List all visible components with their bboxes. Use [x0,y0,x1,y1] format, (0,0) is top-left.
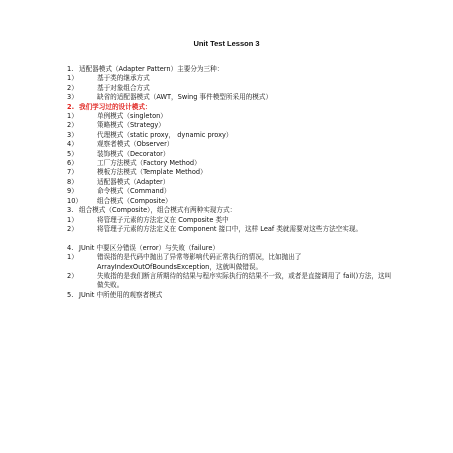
list-item: 1）错误指的是代码中抛出了异常等影响代码正常执行的情况，比如抛出了 ArrayI… [67,253,427,272]
section-number: 4. [67,244,79,253]
document-title: Unit Test Lesson 3 [0,39,453,48]
item-number: 5） [67,150,97,159]
section-text: 组合模式（Composite），组合模式有两种实现方式： [79,206,236,215]
section-text: 适配器模式（Adapter Pattern）主要分为三种： [79,65,223,74]
section-heading: 3.组合模式（Composite），组合模式有两种实现方式： [67,206,427,215]
item-number: 4） [67,140,97,149]
list-item: 3）代理模式（static proxy， dynamic proxy） [67,131,427,140]
item-number: 1） [67,74,97,83]
section-text: JUnit 中所使用的观察者模式 [79,291,162,300]
item-text: 错误指的是代码中抛出了异常等影响代码正常执行的情况，比如抛出了 ArrayInd… [97,253,397,272]
item-number: 1） [67,216,97,225]
item-text: 代理模式（static proxy， dynamic proxy） [97,131,397,140]
section-heading: 5.JUnit 中所使用的观察者模式 [67,291,427,300]
item-text: 失败指的是我们断言所期待的结果与程序实际执行的结果不一致，或者是直接调用了 fa… [97,272,397,291]
list-item: 4）观察者模式（Observer） [67,140,427,149]
item-text: 策略模式（Strategy） [97,121,397,130]
list-item: 3）缺省的适配器模式（AWT，Swing 事件模型所采用的模式） [67,93,427,102]
section-heading: 2.我们学习过的设计模式： [67,103,427,112]
item-text: 命令模式（Command） [97,187,397,196]
item-number: 10） [67,197,97,206]
item-text: 将管理子元素的方法定义在 Component 接口中，这样 Leaf 类就需要对… [97,225,397,234]
item-number: 2） [67,121,97,130]
list-item: 7）模板方法模式（Template Method） [67,168,427,177]
item-text: 模板方法模式（Template Method） [97,168,397,177]
section-number: 5. [67,291,79,300]
section-number: 2. [67,103,79,112]
section-number: 1. [67,65,79,74]
document-page: Unit Test Lesson 3 1.适配器模式（Adapter Patte… [0,0,453,453]
item-number: 1） [67,253,97,272]
list-item: 8）适配器模式（Adapter） [67,178,427,187]
list-item: 5）装饰模式（Decorator） [67,150,427,159]
list-item: 2）将管理子元素的方法定义在 Component 接口中，这样 Leaf 类就需… [67,225,427,234]
item-number: 2） [67,272,97,291]
item-text: 适配器模式（Adapter） [97,178,397,187]
section-text: 我们学习过的设计模式： [79,103,152,112]
section-number: 3. [67,206,79,215]
list-item: 10）组合模式（Composite） [67,197,427,206]
list-item: 1）将管理子元素的方法定义在 Composite 类中 [67,216,427,225]
item-number: 3） [67,93,97,102]
item-text: 基于类的继承方式 [97,74,397,83]
item-number: 3） [67,131,97,140]
item-number: 2） [67,84,97,93]
list-item: 1）基于类的继承方式 [67,74,427,83]
item-number: 2） [67,225,97,234]
spacer [67,234,427,243]
item-text: 观察者模式（Observer） [97,140,397,149]
item-number: 1） [67,112,97,121]
list-item: 2）基于对象组合方式 [67,84,427,93]
item-number: 7） [67,168,97,177]
section-heading: 4.JUnit 中要区分错误（error）与失败（failure） [67,244,427,253]
section-text: JUnit 中要区分错误（error）与失败（failure） [79,244,219,253]
item-text: 缺省的适配器模式（AWT，Swing 事件模型所采用的模式） [97,93,397,102]
item-number: 6） [67,159,97,168]
section-heading: 1.适配器模式（Adapter Pattern）主要分为三种： [67,65,427,74]
item-text: 组合模式（Composite） [97,197,397,206]
list-item: 2）策略模式（Strategy） [67,121,427,130]
document-body: 1.适配器模式（Adapter Pattern）主要分为三种：1）基于类的继承方… [67,65,427,300]
item-text: 基于对象组合方式 [97,84,397,93]
item-number: 8） [67,178,97,187]
list-item: 2）失败指的是我们断言所期待的结果与程序实际执行的结果不一致，或者是直接调用了 … [67,272,427,291]
item-text: 装饰模式（Decorator） [97,150,397,159]
item-number: 9） [67,187,97,196]
item-text: 将管理子元素的方法定义在 Composite 类中 [97,216,397,225]
list-item: 9）命令模式（Command） [67,187,427,196]
